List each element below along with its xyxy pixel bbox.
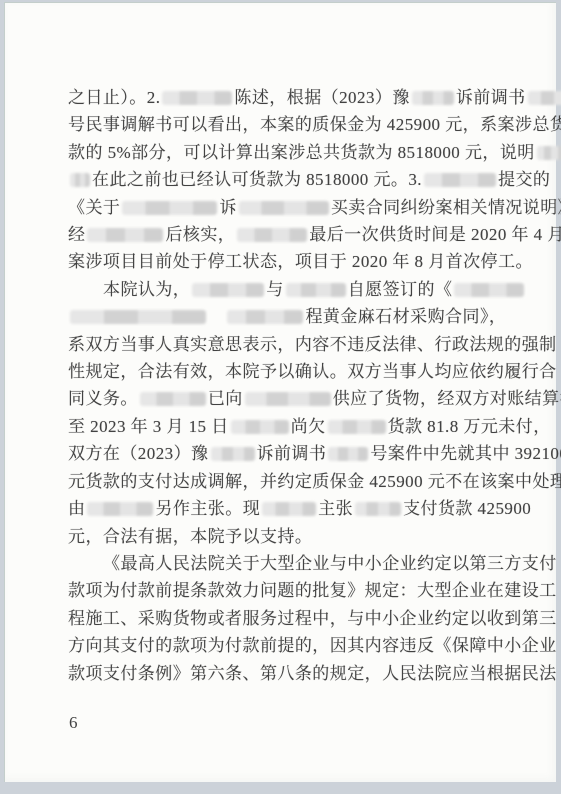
text-segment: 诉前调书 xyxy=(257,444,327,463)
redaction-blur xyxy=(286,283,346,297)
document-line: 由另作主张。现主张支付货款 425900 xyxy=(68,495,536,522)
text-segment: 款的 5%部分，可以计算出案涉总共货款为 8518000 元，说明 xyxy=(68,143,535,162)
text-segment: 号民事调解书可以看出，本案的质保金为 425900 元，系案涉总货 xyxy=(68,115,561,134)
text-segment: 经 xyxy=(68,225,85,244)
text-segment: 提交的 xyxy=(498,170,550,189)
text-segment: 最后一次供货时间是 2020 年 4 月， xyxy=(309,225,561,244)
document-line: 《关于诉买卖合同纠纷案相关情况说明》载明： xyxy=(68,194,536,221)
text-segment: 元，合法有据，本院予以支持。 xyxy=(68,527,312,546)
text-segment: 在此之前也已经认可货款为 8518000 元。3. xyxy=(92,170,422,189)
text-segment: 之日止）。2. xyxy=(68,88,160,107)
text-segment: 货款 81.8 万元未付， xyxy=(388,417,551,436)
text-segment: 另作主张。现 xyxy=(155,499,260,518)
text-segment: 程施工、采购货物或者服务过程中，与中小企业约定以收到第三 xyxy=(68,609,557,628)
redaction-blur xyxy=(262,502,316,516)
redaction-blur xyxy=(70,173,90,187)
text-segment: 款项为付款前提条款效力问题的批复》规定：大型企业在建设工 xyxy=(68,581,557,600)
text-segment: 方向其支付的款项为付款前提的，因其内容违反《保障中小企业 xyxy=(68,636,557,655)
redaction-blur xyxy=(140,392,206,406)
text-segment: 至 2023 年 3 月 15 日 xyxy=(68,417,229,436)
text-segment: 尚欠 xyxy=(291,417,326,436)
redaction-blur xyxy=(328,447,368,461)
document-line: 款项为付款前提条款效力问题的批复》规定：大型企业在建设工 xyxy=(68,577,536,604)
redaction-blur xyxy=(424,173,496,187)
redaction-blur xyxy=(528,91,561,105)
text-segment: 后核实， xyxy=(165,225,235,244)
text-segment: 性规定，合法有效，本院予以确认。双方当事人均应依约履行合 xyxy=(68,362,557,381)
redaction-blur xyxy=(454,283,524,297)
redaction-blur xyxy=(412,91,454,105)
text-segment: 支付货款 425900 xyxy=(403,499,531,518)
text-segment: 款项支付条例》第六条、第八条的规定，人民法院应当根据民法 xyxy=(68,664,557,683)
text-segment: 案涉项目目前处于停工状态，项目于 2020 年 8 月首次停工。 xyxy=(68,252,533,271)
document-line: 之日止）。2.陈述，根据（2023）豫诉前调书 xyxy=(68,84,536,111)
redaction-blur xyxy=(355,502,401,516)
document-line: 经后核实，最后一次供货时间是 2020 年 4 月， xyxy=(68,221,536,248)
text-segment: 号案件中先就其中 392100 xyxy=(370,444,561,463)
text-segment: 双方在（2023）豫 xyxy=(68,444,209,463)
redaction-blur xyxy=(192,283,264,297)
document-line: 《最高人民法院关于大型企业与中小企业约定以第三方支付 xyxy=(68,550,536,577)
redaction-blur xyxy=(70,310,206,324)
text-segment: 与 xyxy=(266,280,283,299)
document-line: 方向其支付的款项为付款前提的，因其内容违反《保障中小企业 xyxy=(68,632,536,659)
document-text: 之日止）。2.陈述，根据（2023）豫诉前调书号民事调解书可以看出，本案的质保金… xyxy=(68,84,536,687)
document-line: 款的 5%部分，可以计算出案涉总共货款为 8518000 元，说明 xyxy=(68,139,536,166)
document-line: 程黄金麻石材采购合同》， xyxy=(68,303,536,330)
document-page: 之日止）。2.陈述，根据（2023）豫诉前调书号民事调解书可以看出，本案的质保金… xyxy=(4,2,556,782)
text-segment: 《关于 xyxy=(68,198,120,217)
text-segment: 供应了货物，经双方对账结算截 xyxy=(333,389,561,408)
text-segment: 主张 xyxy=(318,499,353,518)
text-segment: 系双方当事人真实意思表示，内容不违反法律、行政法规的强制 xyxy=(68,335,557,354)
text-segment: 买卖合同纠纷案相关情况说明》载明： xyxy=(331,198,561,217)
document-line: 性规定，合法有效，本院予以确认。双方当事人均应依约履行合 xyxy=(68,358,536,385)
page-number: 6 xyxy=(69,713,78,733)
document-line: 同义务。已向供应了货物，经双方对账结算截 xyxy=(68,385,536,412)
document-line: 号民事调解书可以看出，本案的质保金为 425900 元，系案涉总货 xyxy=(68,111,536,138)
redaction-blur xyxy=(237,228,307,242)
text-segment: 元货款的支付达成调解，并约定质保金 425900 元不在该案中处理， xyxy=(68,472,561,491)
redaction-blur xyxy=(239,201,329,215)
text-segment: 诉 xyxy=(219,198,236,217)
document-line: 款项支付条例》第六条、第八条的规定，人民法院应当根据民法 xyxy=(68,660,536,687)
redaction-blur xyxy=(537,146,561,160)
document-line: 至 2023 年 3 月 15 日尚欠货款 81.8 万元未付， xyxy=(68,413,536,440)
document-line: 系双方当事人真实意思表示，内容不违反法律、行政法规的强制 xyxy=(68,331,536,358)
document-line: 元，合法有据，本院予以支持。 xyxy=(68,523,536,550)
document-line: 案涉项目目前处于停工状态，项目于 2020 年 8 月首次停工。 xyxy=(68,248,536,275)
redaction-blur xyxy=(87,502,153,516)
text-segment: 《最高人民法院关于大型企业与中小企业约定以第三方支付 xyxy=(103,554,557,573)
redaction-blur xyxy=(122,201,217,215)
text-segment: 本院认为， xyxy=(103,280,190,299)
document-line: 元货款的支付达成调解，并约定质保金 425900 元不在该案中处理， xyxy=(68,468,536,495)
text-segment: 陈述，根据（2023）豫 xyxy=(234,88,409,107)
redaction-blur xyxy=(211,447,255,461)
text-segment: 已向 xyxy=(208,389,243,408)
redaction-blur xyxy=(162,91,232,105)
document-line: 双方在（2023）豫诉前调书号案件中先就其中 392100 xyxy=(68,440,536,467)
redaction-blur xyxy=(227,310,303,324)
document-line: 本院认为，与自愿签订的《 xyxy=(68,276,536,303)
text-segment: 同义务。 xyxy=(68,389,138,408)
text-segment xyxy=(208,307,225,326)
scanned-photo: 之日止）。2.陈述，根据（2023）豫诉前调书号民事调解书可以看出，本案的质保金… xyxy=(0,0,561,794)
redaction-blur xyxy=(231,420,289,434)
document-line: 在此之前也已经认可货款为 8518000 元。3.提交的 xyxy=(68,166,536,193)
text-segment: 自愿签订的《 xyxy=(348,280,453,299)
document-line: 程施工、采购货物或者服务过程中，与中小企业约定以收到第三 xyxy=(68,605,536,632)
text-segment: 程黄金麻石材采购合同》， xyxy=(305,307,506,326)
redaction-blur xyxy=(87,228,163,242)
text-segment: 由 xyxy=(68,499,85,518)
redaction-blur xyxy=(245,392,331,406)
text-segment: 诉前调书 xyxy=(456,88,526,107)
redaction-blur xyxy=(328,420,386,434)
